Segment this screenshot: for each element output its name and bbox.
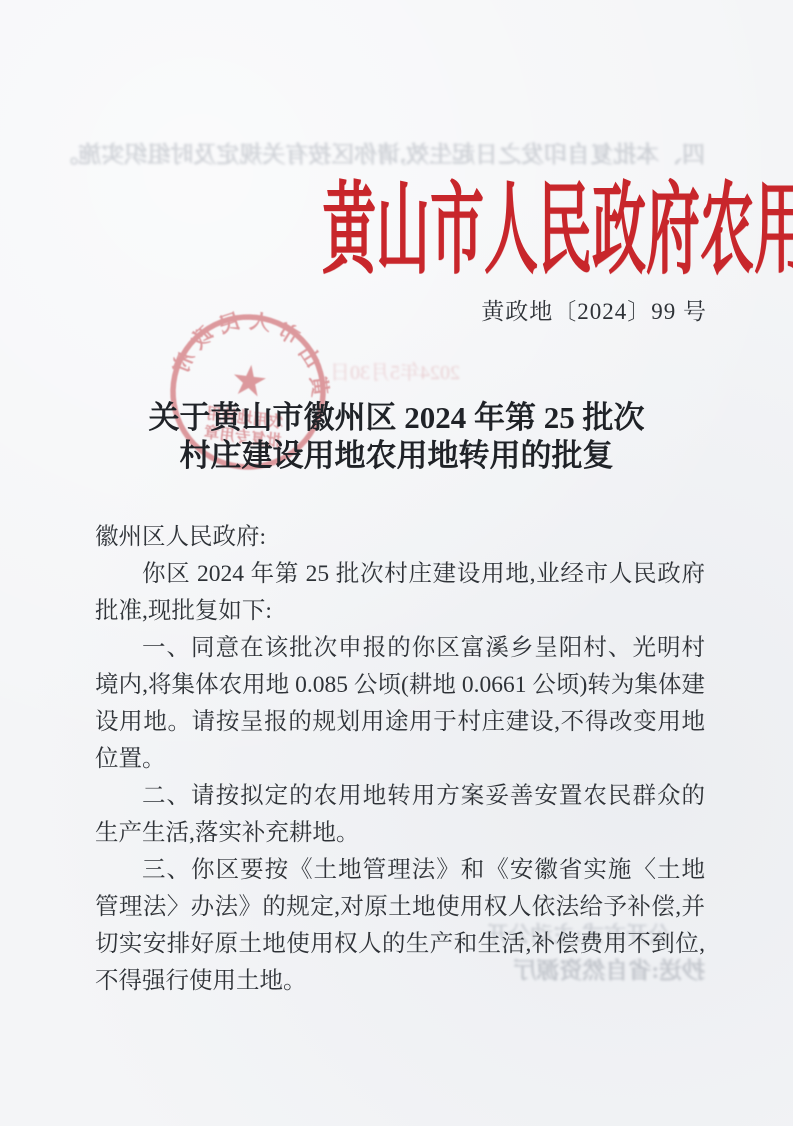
subject-line-2: 村庄建设用地农用地转用的批复: [0, 437, 793, 475]
paragraph-intro: 你区 2024 年第 25 批次村庄建设用地,业经市人民政府批准,现批复如下:: [95, 556, 705, 630]
seal-arc-text: 黄山市人民政府: [165, 302, 338, 401]
paragraph-item-1: 一、同意在该批次申报的你区富溪乡呈阳村、光明村境内,将集体农用地 0.085 公…: [95, 630, 705, 778]
paragraph-item-3: 三、你区要按《土地管理法》和《安徽省实施〈土地管理法〉办法》的规定,对原土地使用…: [95, 852, 705, 1000]
bleedthrough-date-stamp: 2024年5月30日: [330, 356, 460, 385]
document-body: 徽州区人民政府: 你区 2024 年第 25 批次村庄建设用地,业经市人民政府批…: [95, 519, 705, 1000]
scanned-document-page: 四、本批复自印发之日起生效,请你区按有关规定及时组织实施。 2024年5月30日…: [0, 0, 793, 1126]
salutation: 徽州区人民政府:: [95, 519, 705, 556]
document-subject: 关于黄山市徽州区 2024 年第 25 批次 村庄建设用地农用地转用的批复: [0, 399, 793, 475]
document-title-text: 黄山市人民政府农用地转用批复: [322, 181, 793, 281]
bleedthrough-text-top: 四、本批复自印发之日起生效,请你区按有关规定及时组织实施。: [85, 136, 705, 169]
paragraph-item-2: 二、请按拟定的农用地转用方案妥善安置农民群众的生产生活,落实补充耕地。: [95, 778, 705, 852]
document-number: 黄政地〔2024〕99 号: [481, 293, 707, 326]
subject-line-1: 关于黄山市徽州区 2024 年第 25 批次: [0, 399, 793, 437]
document-title: 黄山市人民政府农用地转用批复: [0, 181, 793, 281]
